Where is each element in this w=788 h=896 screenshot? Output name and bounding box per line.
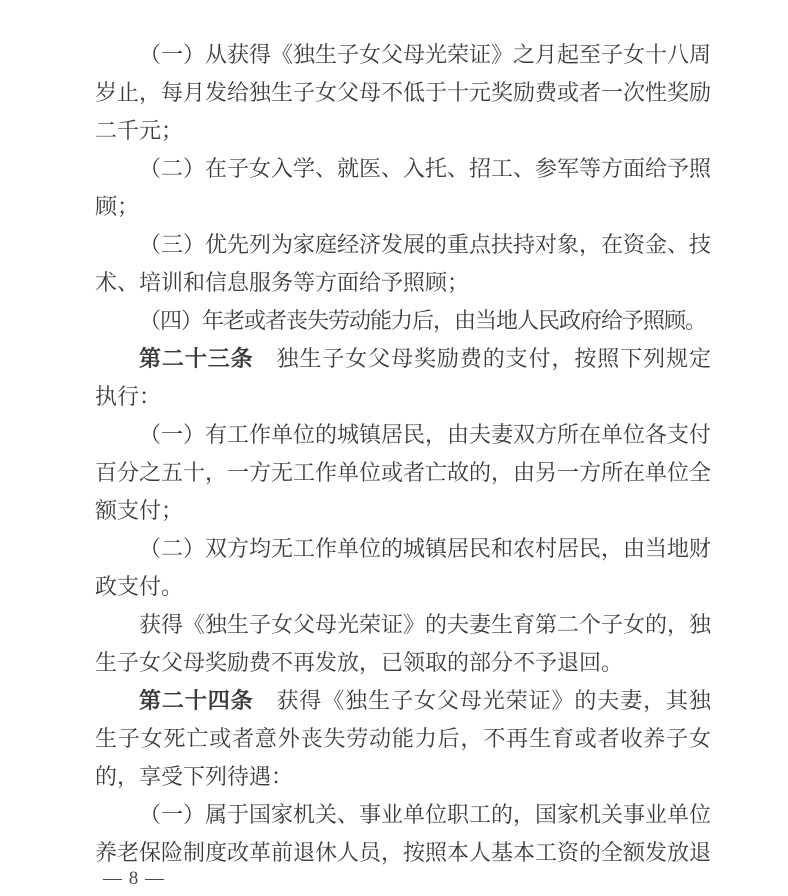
paragraph-text: （一）有工作单位的城镇居民，由夫妻双方所在单位各支付百分之五十，一方无工作单位或… — [95, 422, 711, 523]
paragraph-text: （二）在子女入学、就医、入托、招工、参军等方面给予照顾； — [95, 156, 711, 219]
document-page: （一）从获得《独生子女父母光荣证》之月起至子女十八周岁止，每月发给独生子女父母不… — [0, 0, 788, 896]
paragraph: （一）属于国家机关、事业单位职工的，国家机关事业单位养老保险制度改革前退休人员，… — [95, 796, 711, 872]
paragraph: （二）双方均无工作单位的城镇居民和农村居民，由当地财政支付。 — [95, 530, 711, 606]
paragraph-text: 获得《独生子女父母光荣证》的夫妻生育第二个子女的，独生子女父母奖励费不再发放，已… — [95, 612, 711, 675]
paragraph-text: （四）年老或者丧失劳动能力后，由当地人民政府给予照顾。 — [139, 308, 706, 333]
paragraph: （一）有工作单位的城镇居民，由夫妻双方所在单位各支付百分之五十，一方无工作单位或… — [95, 416, 711, 530]
paragraph: （三）优先列为家庭经济发展的重点扶持对象，在资金、技术、培训和信息服务等方面给予… — [95, 226, 711, 302]
paragraph: 获得《独生子女父母光荣证》的夫妻生育第二个子女的，独生子女父母奖励费不再发放，已… — [95, 606, 711, 682]
paragraph: （一）从获得《独生子女父母光荣证》之月起至子女十八周岁止，每月发给独生子女父母不… — [95, 36, 711, 150]
paragraph-text: （二）双方均无工作单位的城镇居民和农村居民，由当地财政支付。 — [95, 536, 711, 599]
article-number: 第二十四条 — [139, 688, 254, 713]
paragraph-text: （一）从获得《独生子女父母光荣证》之月起至子女十八周岁止，每月发给独生子女父母不… — [95, 42, 711, 143]
document-body: （一）从获得《独生子女父母光荣证》之月起至子女十八周岁止，每月发给独生子女父母不… — [95, 36, 711, 872]
article-paragraph: 第二十四条 获得《独生子女父母光荣证》的夫妻，其独生子女死亡或者意外丧失劳动能力… — [95, 682, 711, 796]
paragraph: （二）在子女入学、就医、入托、招工、参军等方面给予照顾； — [95, 150, 711, 226]
paragraph: （四）年老或者丧失劳动能力后，由当地人民政府给予照顾。 — [95, 302, 711, 340]
page-number-footer: — 8 — — [103, 867, 165, 891]
paragraph-text: （一）属于国家机关、事业单位职工的，国家机关事业单位养老保险制度改革前退休人员，… — [95, 802, 711, 865]
article-number: 第二十三条 — [139, 346, 254, 371]
article-paragraph: 第二十三条 独生子女父母奖励费的支付，按照下列规定执行： — [95, 340, 711, 416]
paragraph-text: （三）优先列为家庭经济发展的重点扶持对象，在资金、技术、培训和信息服务等方面给予… — [95, 232, 711, 295]
